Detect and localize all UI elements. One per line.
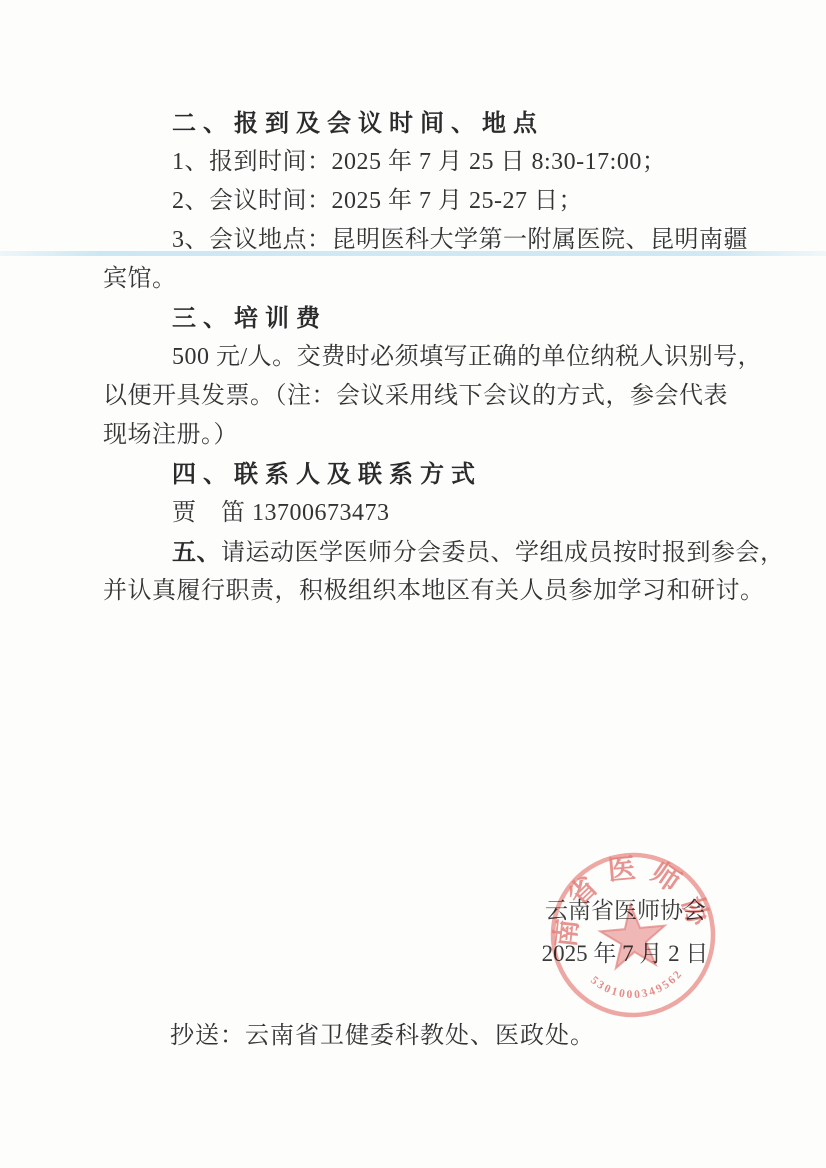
line-contact-info: 贾 笛 13700673473 xyxy=(103,494,783,533)
seal-star xyxy=(598,902,668,969)
section-heading-contact: 四、联系人及联系方式 xyxy=(103,455,783,494)
item-five-text: 请运动医学医师分会委员、学组成员按时报到参会， xyxy=(221,540,785,566)
document-body: 二、报到及会议时间、地点 1、报到时间：2025 年 7 月 25 日 8:30… xyxy=(103,104,783,611)
line-checkin-time: 1、报到时间：2025 年 7 月 25 日 8:30-17:00； xyxy=(103,143,783,182)
section-heading-registration: 二、报到及会议时间、地点 xyxy=(103,104,783,143)
line-meeting-venue: 3、会议地点：昆明医科大学第一附属医院、昆明南疆 xyxy=(103,221,783,260)
line-meeting-time: 2、会议时间：2025 年 7 月 25-27 日； xyxy=(103,182,783,221)
document-page: 二、报到及会议时间、地点 1、报到时间：2025 年 7 月 25 日 8:30… xyxy=(0,0,826,1168)
seal-group: 云南省医师协会 5301000349562 xyxy=(545,847,721,1022)
line-item-five-cont: 并认真履行职责，积极组织本地区有关人员参加学习和研讨。 xyxy=(103,572,783,611)
seal-serial-number: 5301000349562 xyxy=(587,967,687,1005)
line-item-five: 五、请运动医学医师分会委员、学组成员按时报到参会， xyxy=(103,533,783,572)
item-five-number: 五、 xyxy=(172,539,221,566)
official-seal: 云南省医师协会 5301000349562 xyxy=(545,847,721,1023)
line-meeting-venue-cont: 宾馆。 xyxy=(103,260,783,299)
line-fee-note-cont: 现场注册。） xyxy=(103,416,783,455)
line-fee-invoice-cont: 以便开具发票。（注：会议采用线下会议的方式，参会代表 xyxy=(103,377,783,416)
cc-footer-line: 抄送：云南省卫健委科教处、医政处。 xyxy=(170,1021,595,1051)
line-fee-amount: 500 元/人。交费时必须填写正确的单位纳税人识别号， xyxy=(103,338,783,377)
section-heading-fee: 三、培训费 xyxy=(103,299,783,338)
